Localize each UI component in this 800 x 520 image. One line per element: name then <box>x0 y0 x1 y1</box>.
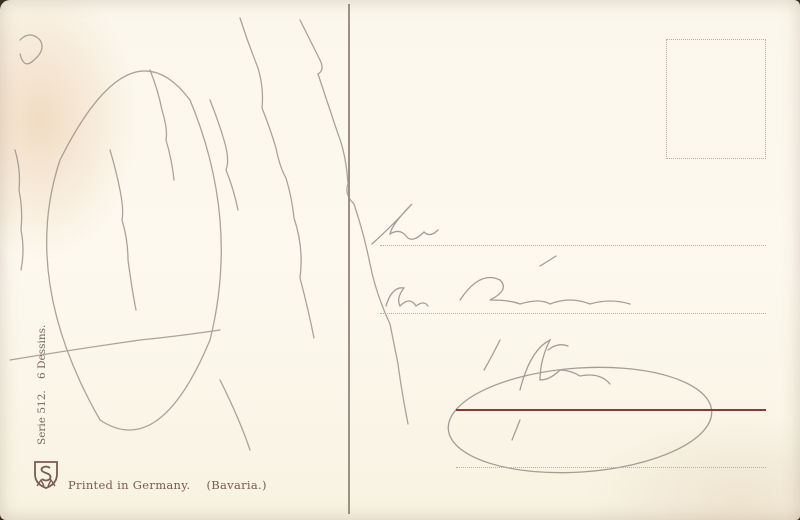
address-line-4 <box>456 467 766 468</box>
imprint-printed: Printed in Germany. <box>68 478 191 492</box>
series-label: Serie 512. 6 Dessins. <box>36 325 48 445</box>
printed-in-germany-imprint: Printed in Germany. (Bavaria.) <box>68 478 267 492</box>
imprint-region: (Bavaria.) <box>206 478 266 492</box>
stamp-placeholder-box <box>666 39 766 159</box>
center-divider <box>348 4 350 514</box>
series-designs: 6 Dessins. <box>36 325 48 379</box>
address-line-1 <box>380 245 766 246</box>
publisher-shield-logo-icon <box>33 460 59 490</box>
series-number: Serie 512. <box>36 390 48 445</box>
address-line-3-red-rule <box>456 409 766 411</box>
postcard-back: Serie 512. 6 Dessins. Printed in Germany… <box>0 0 800 520</box>
address-line-2 <box>380 313 766 314</box>
